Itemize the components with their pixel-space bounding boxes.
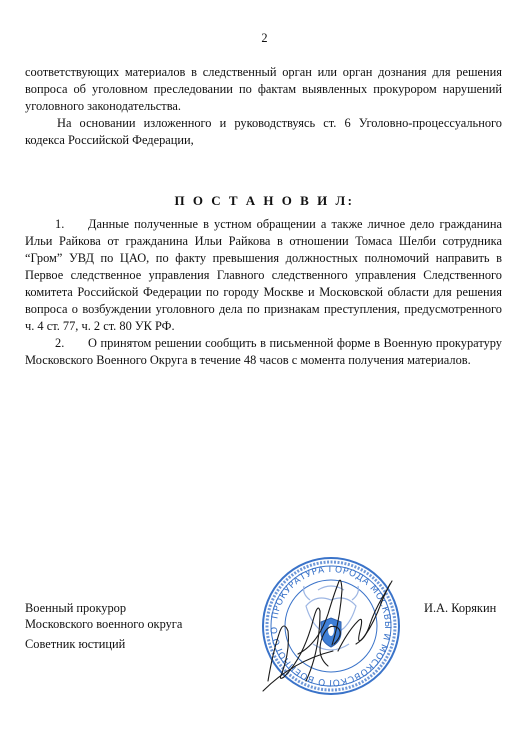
resolution-heading: П О С Т А Н О В И Л: — [0, 192, 529, 209]
item-number: 2. — [55, 335, 88, 352]
resolution-items: 1.Данные полученные в устном обращении а… — [25, 216, 502, 369]
item-text: О принятом решении сообщить в письменной… — [25, 336, 502, 367]
intro-paragraph-basis: На основании изложенного и руководствуяс… — [25, 115, 502, 149]
resolution-item-1: 1.Данные полученные в устном обращении а… — [25, 216, 502, 335]
resolution-item-2: 2.О принятом решении сообщить в письменн… — [25, 335, 502, 369]
stamp-seal-icon: ПРОКУРАТУРА ГОРОДА МОСКВЫ И МОСКОВСКОГО … — [258, 556, 404, 696]
item-number: 1. — [55, 216, 88, 233]
signature-block: Военный прокурор Московского военного ок… — [25, 600, 182, 652]
intro-paragraph-continuation: соответствующих материалов в следственны… — [25, 64, 502, 115]
signer-position-line-2: Московского военного округа — [25, 616, 182, 632]
signer-rank: Советник юстиций — [25, 636, 182, 652]
official-stamp: ПРОКУРАТУРА ГОРОДА МОСКВЫ И МОСКОВСКОГО … — [258, 556, 404, 696]
page-number: 2 — [0, 30, 529, 47]
intro-section: соответствующих материалов в следственны… — [25, 64, 502, 149]
signer-name: И.А. Корякин — [424, 600, 496, 616]
signer-position-line-1: Военный прокурор — [25, 600, 182, 616]
item-text: Данные полученные в устном обращении а т… — [25, 217, 502, 333]
